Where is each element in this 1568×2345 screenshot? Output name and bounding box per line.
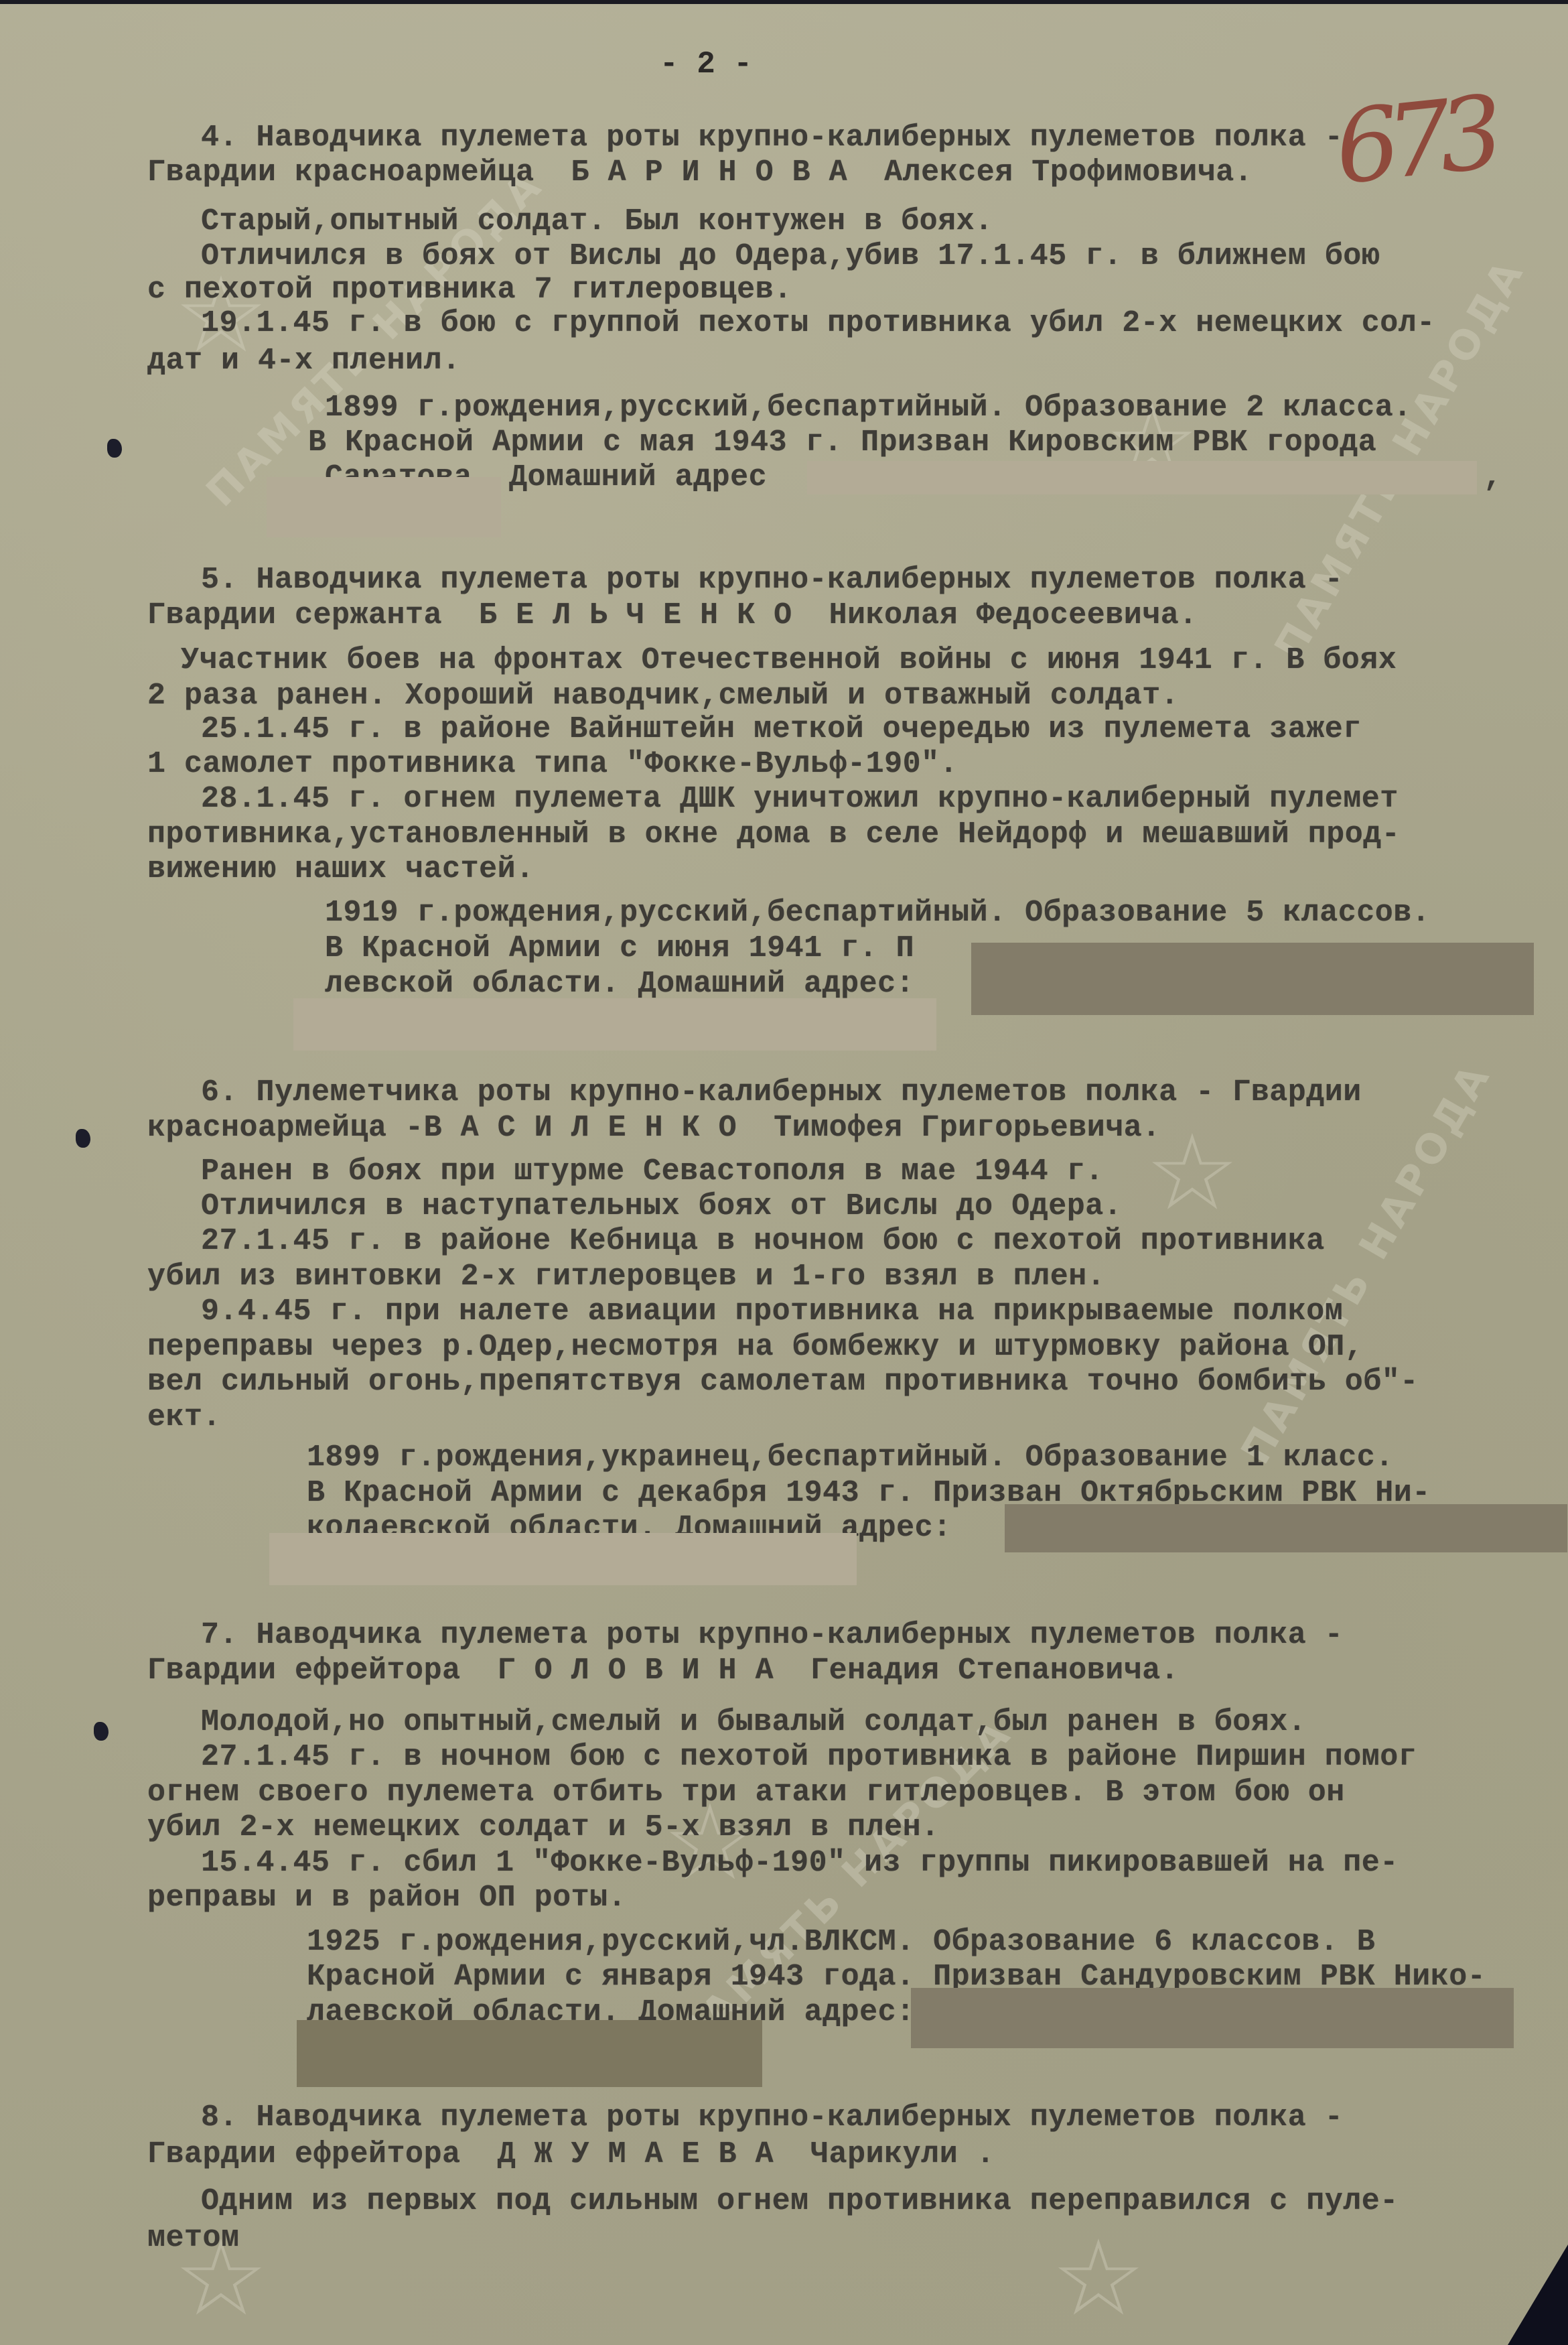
- handwritten-annotation: 673: [1329, 66, 1504, 229]
- text-line: 27.1.45 г. в ночном бою с пехотой против…: [201, 1740, 1417, 1775]
- redaction-box: [267, 477, 501, 537]
- entry-heading: 5. Наводчика пулемета роты крупно-калибе…: [201, 563, 1343, 598]
- entry-name-line: Гвардии сержанта Б Е Л Ь Ч Е Н К О Никол…: [147, 598, 1198, 633]
- text-line: убил из винтовки 2-х гитлеровцев и 1-го …: [147, 1260, 1105, 1294]
- entry-name-line: Гвардии ефрейтора Г О Л О В И Н А Генади…: [147, 1654, 1179, 1688]
- punch-hole: [94, 1722, 109, 1741]
- text-line: 9.4.45 г. при налете авиации противника …: [201, 1294, 1343, 1329]
- text-line: Отличился в боях от Вислы до Одера,убив …: [201, 239, 1380, 274]
- entry-name-line: Гвардии ефрейтора Д Ж У М А Е В А Чарику…: [147, 2137, 995, 2172]
- bio-line: В Красной Армии с мая 1943 г. Призван Ки…: [308, 425, 1376, 460]
- redaction-box: [293, 998, 936, 1051]
- text-line: переправы через р.Одер,несмотря на бомбе…: [147, 1330, 1363, 1365]
- text-line: вел сильный огонь,препятствуя самолетам …: [147, 1365, 1419, 1400]
- text-line: Отличился в наступательных боях от Вислы…: [201, 1189, 1122, 1224]
- document-page: ☆ ПАМЯТЬ НАРОДА ☆ ПАМЯТЬ НАРОДА ☆ ПАМЯТЬ…: [0, 0, 1568, 2345]
- text-line: с пехотой противника 7 гитлеровцев.: [147, 273, 792, 308]
- watermark-text: ПАМЯТЬ НАРОДА: [1232, 1054, 1500, 1472]
- bio-line: 1899 г.рождения,украинец,беспартийный. О…: [307, 1440, 1394, 1475]
- text-line: вижению наших частей.: [147, 852, 534, 887]
- text-line: Молодой,но опытный,смелый и бывалый солд…: [201, 1705, 1306, 1740]
- text-line: метом: [147, 2221, 240, 2256]
- redaction-box: [911, 1988, 1514, 2048]
- watermark-star-icon: ☆: [1031, 2211, 1165, 2345]
- text-line: 19.1.45 г. в бою с группой пехоты против…: [201, 306, 1435, 341]
- redaction-box: [971, 943, 1534, 1015]
- text-line: 27.1.45 г. в районе Кебница в ночном бою…: [201, 1224, 1325, 1259]
- text-line: противника,установленный в окне дома в с…: [147, 817, 1400, 852]
- text-line: 28.1.45 г. огнем пулемета ДШК уничтожил …: [201, 782, 1399, 817]
- text-line: ,: [1484, 460, 1502, 495]
- bio-line: В Красной Армии с июня 1941 г. П: [325, 931, 914, 966]
- entry-heading: 7. Наводчика пулемета роты крупно-калибе…: [201, 1618, 1343, 1653]
- scan-edge-top: [0, 0, 1568, 4]
- scan-edge-corner: [1508, 2244, 1568, 2345]
- entry-name-line: красноармейца -В А С И Л Е Н К О Тимофея…: [147, 1111, 1161, 1146]
- punch-hole: [107, 439, 122, 458]
- punch-hole: [76, 1129, 90, 1148]
- redaction-box: [269, 1533, 857, 1585]
- text-line: убил 2-х немецких солдат и 5-х взял в пл…: [147, 1810, 940, 1845]
- address-line: левской области. Домашний адрес:: [325, 967, 914, 1002]
- text-line: Старый,опытный солдат. Был контужен в бо…: [201, 204, 993, 239]
- bio-line: 1899 г.рождения,русский,беспартийный. Об…: [325, 391, 1412, 425]
- entry-name-line: Гвардии красноармейца Б А Р И Н О В А Ал…: [147, 155, 1253, 190]
- redaction-box: [1005, 1504, 1567, 1552]
- text-line: 25.1.45 г. в районе Вайнштейн меткой оче…: [201, 712, 1362, 747]
- bio-line: 1925 г.рождения,русский,чл.ВЛКСМ. Образо…: [307, 1925, 1375, 1960]
- text-line: Ранен в боях при штурме Севастополя в ма…: [201, 1154, 1104, 1189]
- entry-heading: 4. Наводчика пулемета роты крупно-калибе…: [201, 121, 1343, 155]
- entry-heading: 8. Наводчика пулемета роты крупно-калибе…: [201, 2100, 1343, 2135]
- entry-heading: 6. Пулеметчика роты крупно-калиберных пу…: [201, 1075, 1362, 1110]
- text-line: 1 самолет противника типа "Фокке-Вульф-1…: [147, 747, 958, 782]
- text-line: реправы и в район ОП роты.: [147, 1881, 626, 1916]
- bio-line: 1919 г.рождения,русский,беспартийный. Об…: [325, 896, 1430, 931]
- text-line: Одним из первых под сильным огнем против…: [201, 2184, 1399, 2219]
- text-line: Участник боев на фронтах Отечественной в…: [181, 643, 1397, 678]
- text-line: ект.: [147, 1400, 221, 1435]
- redaction-box: [807, 461, 1477, 494]
- redaction-box: [297, 2020, 762, 2087]
- text-line: дат и 4-х пленил.: [147, 344, 461, 379]
- text-line: огнем своего пулемета отбить три атаки г…: [147, 1775, 1345, 1810]
- text-line: 15.4.45 г. сбил 1 "Фокке-Вульф-190" из г…: [201, 1846, 1399, 1881]
- page-number: - 2 -: [660, 47, 752, 82]
- text-line: 2 раза ранен. Хороший наводчик,смелый и …: [147, 679, 1179, 714]
